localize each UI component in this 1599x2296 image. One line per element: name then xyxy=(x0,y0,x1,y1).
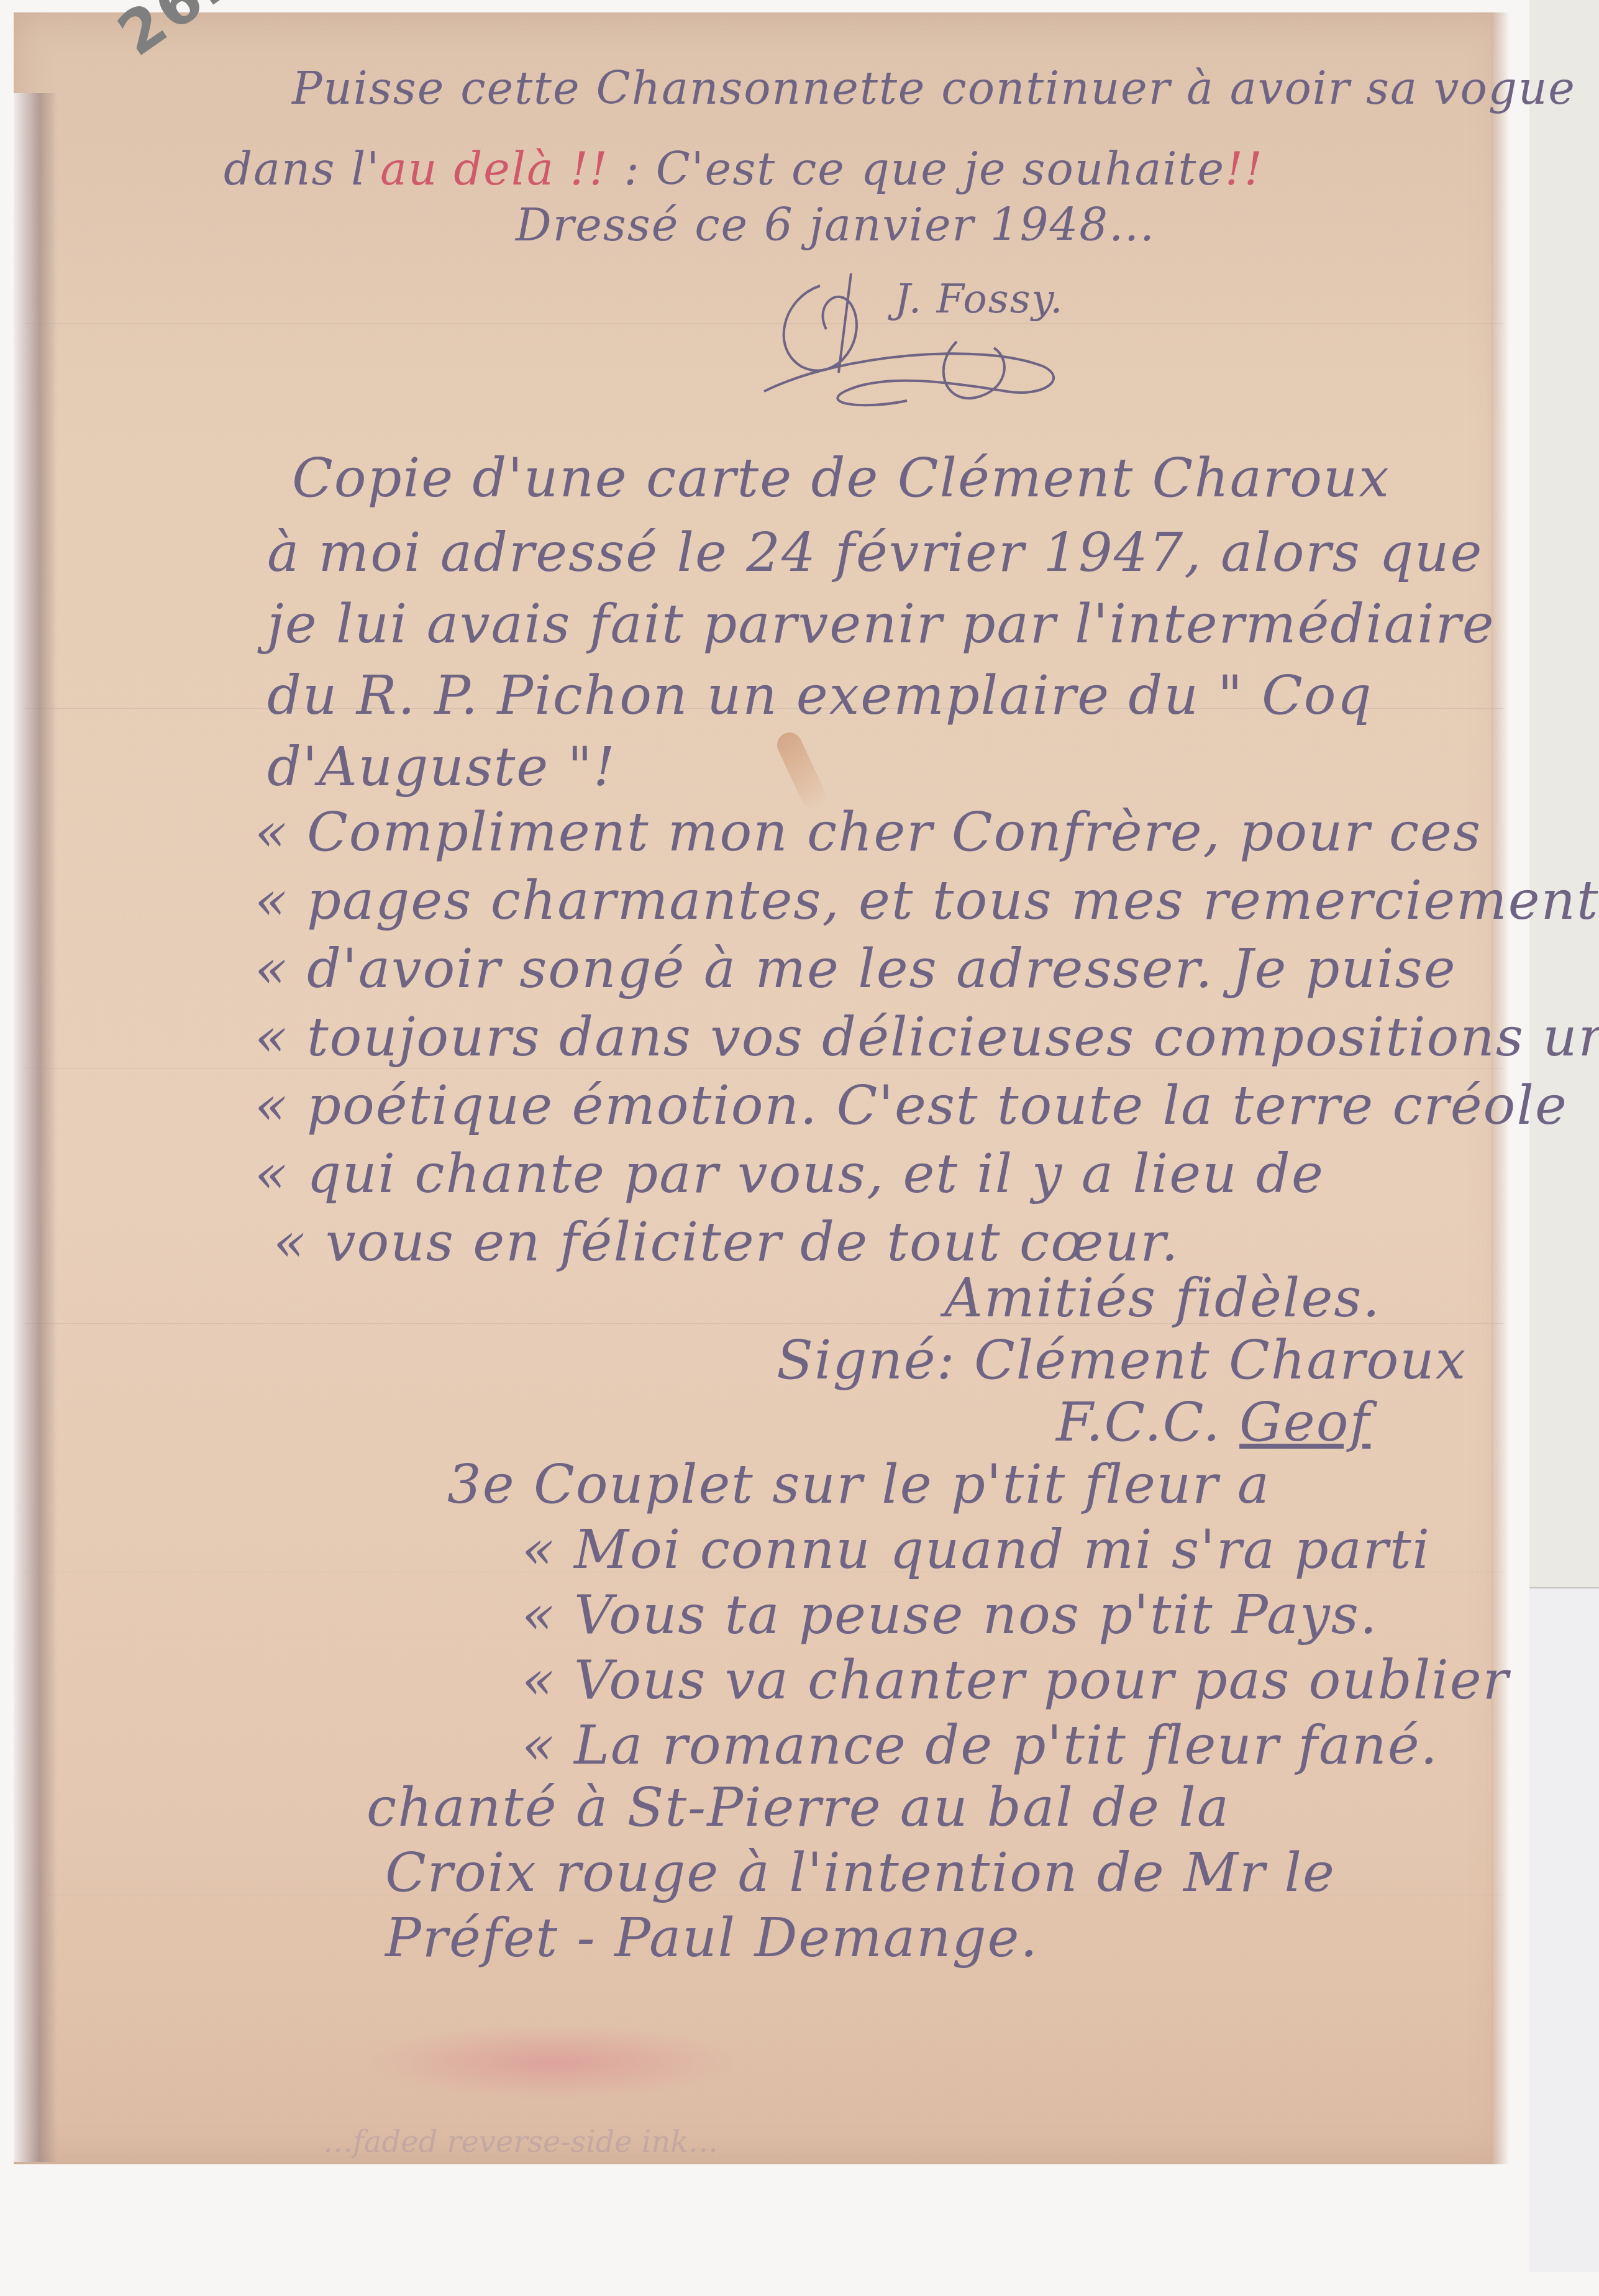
couplet-line-5: « La romance de p'tit fleur fané. xyxy=(522,1715,1439,1777)
quote-line-7: « vous en féliciter de tout cœur. xyxy=(273,1211,1180,1273)
signature-name: J. Fossy. xyxy=(895,276,1064,322)
header-exclaim-red: !! xyxy=(570,143,609,195)
quote-line-6: « qui chante par vous, et il y a lieu de xyxy=(255,1143,1324,1205)
header-line-2: dans l'au delà !! : C'est ce que je souh… xyxy=(224,143,1264,195)
header-line-1: Puisse cette Chansonnette continuer à av… xyxy=(292,62,1576,114)
closing-salutation: Amitiés fidèles. xyxy=(944,1267,1381,1329)
ruled-line xyxy=(25,1068,1503,1069)
closing-geof: Geof xyxy=(1239,1392,1370,1454)
scanner-background-lower xyxy=(1529,1588,1599,2272)
header-exclaim-end: !! xyxy=(1225,143,1264,195)
couplet-line-4: « Vous va chanter pour pas oublier xyxy=(522,1649,1510,1711)
scanner-background-strip xyxy=(1529,0,1599,1588)
red-ink-bleedthrough xyxy=(367,2025,739,2100)
intro-line-2: à moi adressé le 24 février 1947, alors … xyxy=(267,522,1483,584)
quote-line-3: « d'avoir songé à me les adresser. Je pu… xyxy=(255,938,1457,1000)
torn-left-edge xyxy=(14,93,57,2162)
flourish-signature-icon xyxy=(745,248,1106,410)
closing-title: F.C.C. Geof xyxy=(1056,1392,1370,1454)
intro-line-4: du R. P. Pichon un exemplaire du " Coq xyxy=(267,665,1373,727)
couplet-line-2: « Moi connu quand mi s'ra parti xyxy=(522,1519,1431,1581)
intro-line-5: d'Auguste "! xyxy=(267,736,616,798)
quote-line-1: « Compliment mon cher Confrère, pour ces xyxy=(255,801,1482,863)
closing-signed: Signé: Clément Charoux xyxy=(777,1329,1467,1392)
closing-fcc: F.C.C. xyxy=(1056,1392,1221,1454)
couplet-line-3: « Vous ta peuse nos p'tit Pays. xyxy=(522,1584,1378,1646)
quote-line-2: « pages charmantes, et tous mes remercie… xyxy=(255,870,1599,932)
footnote-line-3: Préfet - Paul Demange. xyxy=(385,1907,1039,1969)
footnote-line-2: Croix rouge à l'intention de Mr le xyxy=(385,1842,1336,1904)
quote-line-4: « toujours dans vos délicieuses composit… xyxy=(255,1006,1599,1068)
faded-bleedthrough-text: …faded reverse-side ink… xyxy=(323,2125,1379,2149)
couplet-line-1: 3e Couplet sur le p'tit fleur a xyxy=(447,1454,1270,1516)
header-dans: dans l' xyxy=(224,143,380,195)
header-souhaite: : C'est ce que je souhaite xyxy=(624,143,1226,195)
intro-line-3: je lui avais fait parvenir par l'intermé… xyxy=(267,593,1495,655)
header-au-dela: au delà xyxy=(380,143,555,195)
dated-line: Dressé ce 6 janvier 1948... xyxy=(516,199,1155,251)
quote-line-5: « poétique émotion. C'est toute la terre… xyxy=(255,1075,1568,1137)
footnote-line-1: chanté à St-Pierre au bal de la xyxy=(367,1777,1230,1839)
intro-line-1: Copie d'une carte de Clément Charoux xyxy=(292,447,1390,509)
